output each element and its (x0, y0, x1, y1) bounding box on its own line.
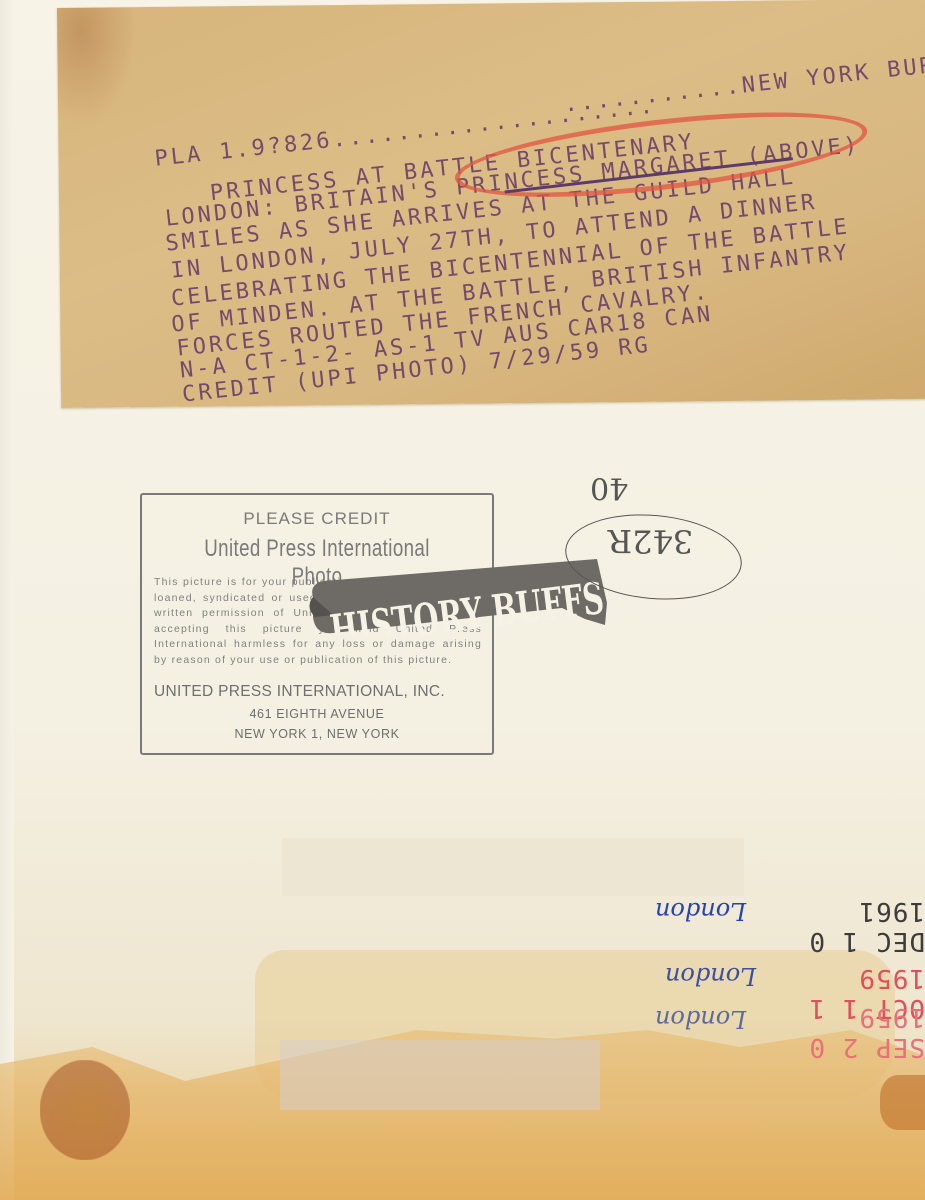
date-stamp: SEP 2 0 1959 (760, 1002, 925, 1062)
stamp-address-2: NEW YORK 1, NEW YORK (142, 727, 492, 741)
paper-left-edge (0, 0, 14, 1200)
caption-text: ...........NEW YORK BUREAU PLA 1.9?826..… (57, 0, 925, 408)
signature-london: London (665, 962, 756, 990)
signature-london: London (655, 897, 746, 925)
svg-text:HISTORY BUFFS: HISTORY BUFFS (327, 572, 606, 635)
stamp-org: UNITED PRESS INTERNATIONAL, INC. (154, 683, 445, 701)
handwritten-number: 40 (590, 470, 628, 505)
handwritten-circled-code: 342R (608, 522, 693, 560)
stamp-address-1: 461 EIGHTH AVENUE (142, 707, 492, 721)
dark-stain (880, 1075, 925, 1130)
history-buffs-watermark: HISTORY BUFFS (305, 555, 615, 635)
stamp-heading: PLEASE CREDIT (142, 509, 492, 529)
dark-stain (40, 1060, 130, 1160)
paper-residue (280, 1040, 600, 1110)
signature-london: London (655, 1005, 746, 1033)
caption-clipping: ...........NEW YORK BUREAU PLA 1.9?826..… (57, 0, 925, 408)
tape-residue (282, 838, 744, 896)
date-stamp: DEC 1 0 1961 (800, 896, 925, 956)
